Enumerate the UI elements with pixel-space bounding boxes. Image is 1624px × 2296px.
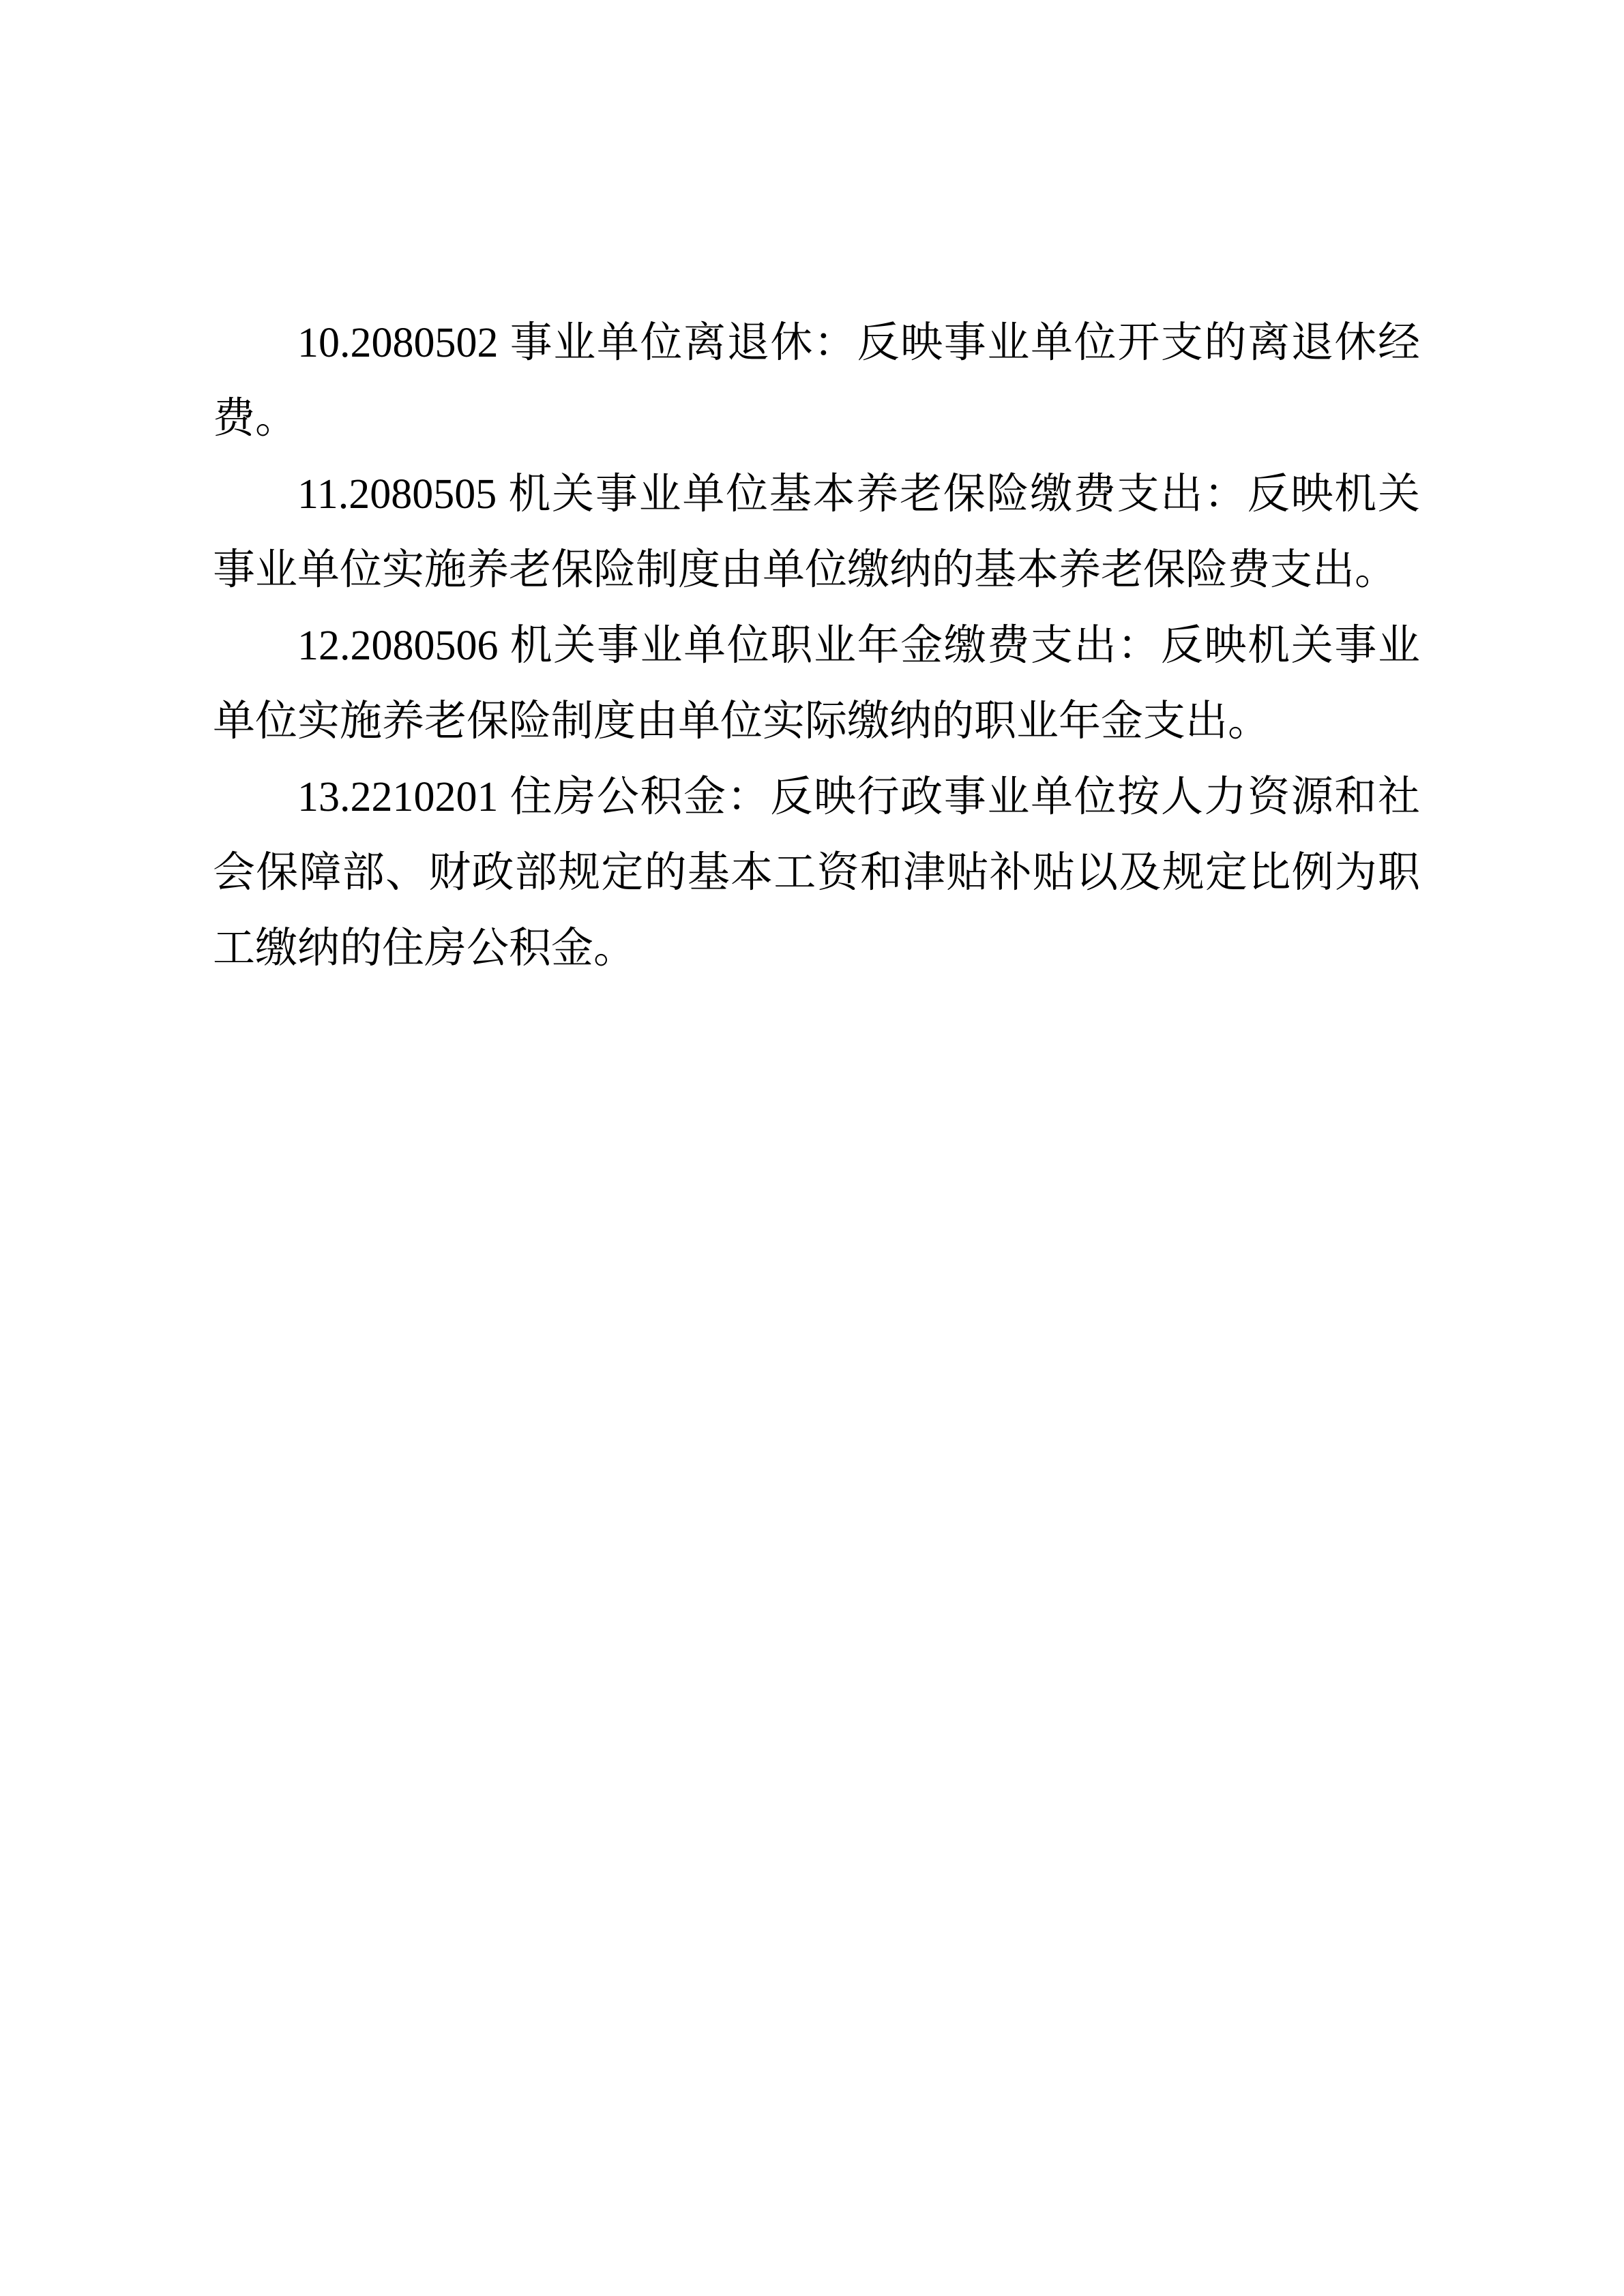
paragraph-item-10-2080502: 10.2080502 事业单位离退休：反映事业单位开支的离退休经费。 [213, 305, 1420, 457]
paragraph-item-11-2080505: 11.2080505 机关事业单位基本养老保险缴费支出：反映机关事业单位实施养老… [213, 457, 1420, 608]
paragraph-item-12-2080506: 12.2080506 机关事业单位职业年金缴费支出：反映机关事业单位实施养老保险… [213, 608, 1420, 760]
document-text-block: 10.2080502 事业单位离退休：反映事业单位开支的离退休经费。 11.20… [213, 305, 1420, 987]
paragraph-item-13-2210201: 13.2210201 住房公积金：反映行政事业单位按人力资源和社会保障部、财政部… [213, 760, 1420, 987]
document-page: 10.2080502 事业单位离退休：反映事业单位开支的离退休经费。 11.20… [0, 0, 1624, 2296]
